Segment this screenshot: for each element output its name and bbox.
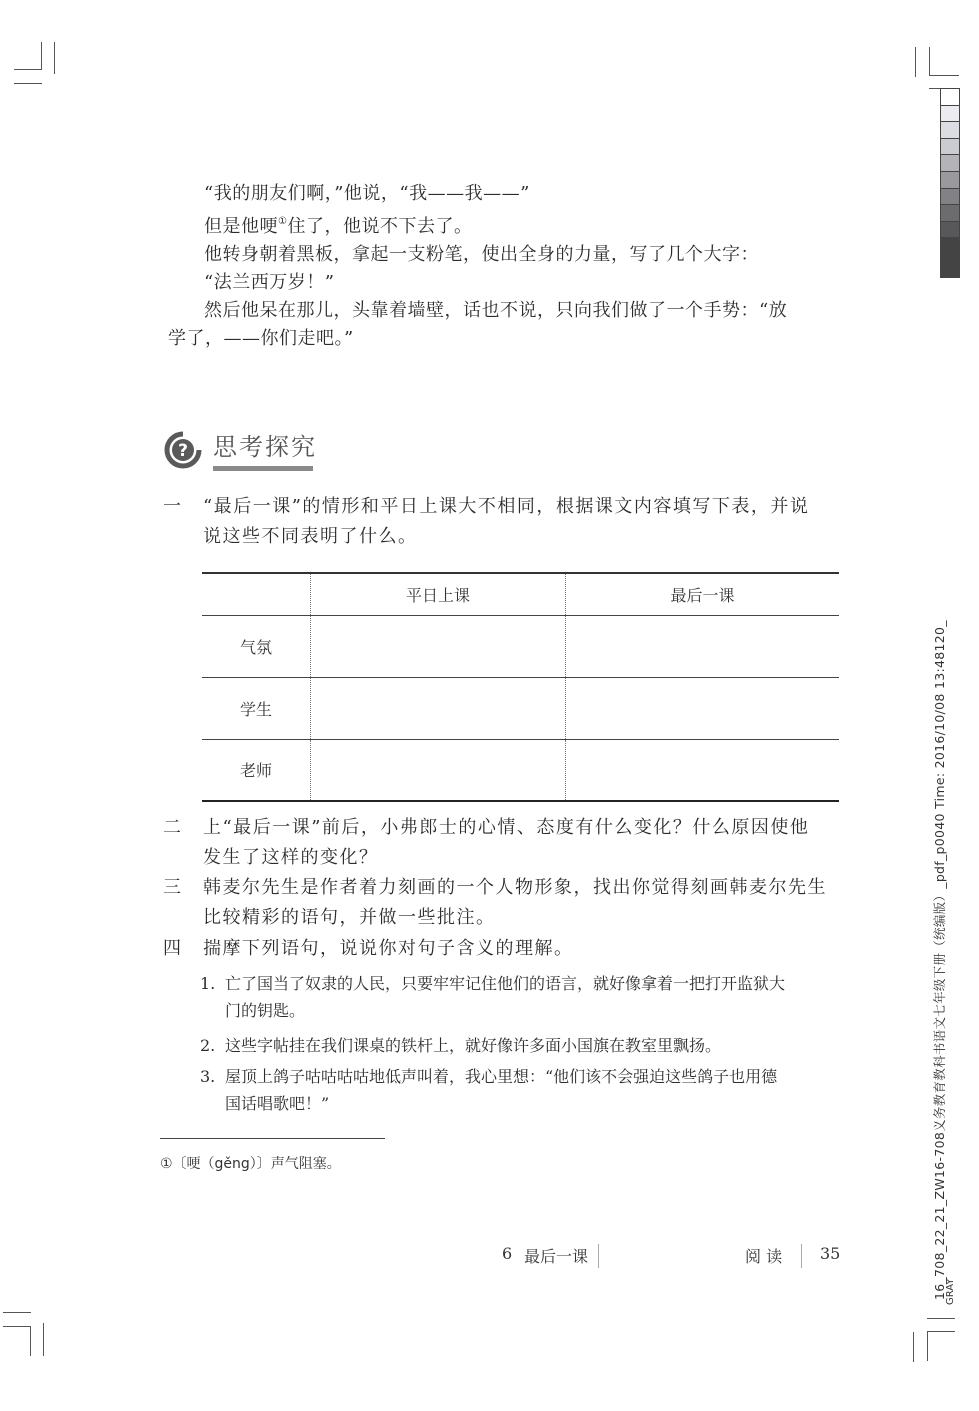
crop-mark	[54, 42, 55, 74]
section-heading: ? 思考探究	[163, 430, 317, 470]
crop-mark	[929, 47, 930, 75]
table-cell[interactable]	[566, 739, 840, 801]
crop-mark	[915, 47, 916, 77]
sub-item-2: 2. 这些字帖挂在我们课桌的铁杆上，就好像许多面小国旗在教室里飘扬。	[200, 1032, 850, 1059]
comparison-table: 平日上课 最后一课 气氛 学生 老师	[202, 572, 839, 802]
crop-mark	[927, 1331, 955, 1332]
question-4: 四 揣摩下列语句，说说你对句子含义的理解。	[163, 934, 853, 964]
question-number: 三	[163, 873, 193, 903]
title-underline	[213, 466, 313, 471]
table-row: 老师	[202, 739, 839, 801]
gray-swatch	[941, 139, 959, 156]
footnote: ①〔哽（gěng）〕声气阻塞。	[160, 1153, 341, 1173]
passage-line: 学了，——你们走吧。”	[168, 325, 848, 353]
gray-swatch	[941, 89, 959, 106]
row-label: 气氛	[202, 615, 311, 677]
footer-divider	[598, 1244, 599, 1268]
crop-mark	[41, 42, 42, 70]
row-label: 老师	[202, 739, 311, 801]
gray-swatch	[941, 106, 959, 123]
question-circle-icon: ?	[163, 430, 203, 470]
section-title: 思考探究	[213, 430, 317, 464]
crop-mark	[927, 1331, 928, 1361]
table-cell[interactable]	[311, 739, 566, 801]
gray-swatch	[941, 155, 959, 172]
sub-item-1: 1. 亡了国当了奴隶的人民，只要牢牢记住他们的语言，就好像拿着一把打开监狱大 门…	[200, 970, 850, 1024]
table-cell[interactable]	[311, 677, 566, 739]
table-header-cell: 平日上课	[311, 573, 566, 615]
crop-mark	[913, 1332, 914, 1362]
table-header-row: 平日上课 最后一课	[202, 573, 839, 615]
crop-mark	[14, 83, 42, 84]
table-row: 气氛	[202, 615, 839, 677]
print-job-label: 16_708_22_21_ZW16-708义务教育教科书语文七年级下册（统编版）…	[930, 620, 948, 1300]
table-cell[interactable]	[311, 615, 566, 677]
crop-mark	[43, 1323, 44, 1356]
question-number: 二	[163, 813, 193, 843]
crop-mark	[14, 69, 42, 70]
page-number: 35	[820, 1244, 840, 1263]
question-1: 一 “最后一课”的情形和平日上课大不相同，根据课文内容填写下表，并说 说这些不同…	[163, 492, 853, 552]
unit-label: 阅 读	[745, 1244, 782, 1267]
gray-swatch	[941, 172, 959, 189]
gray-swatch	[941, 222, 959, 239]
passage-line: “我的朋友们啊，”他说，“我——我——”	[168, 180, 848, 208]
gray-swatch	[941, 122, 959, 139]
sub-item-3: 3. 屋顶上鸽子咕咕咕咕地低声叫着，我心里想：“他们该不会强迫这些鸽子也用德 国…	[200, 1063, 850, 1117]
question-3: 三 韩麦尔先生是作者着力刻画的一个人物形象，找出你觉得刻画韩麦尔先生 比较精彩的…	[163, 873, 853, 933]
lesson-title: 最后一课	[524, 1244, 588, 1267]
footnote-divider	[160, 1138, 385, 1139]
gray-swatch	[941, 189, 959, 206]
passage-line: 他转身朝着黑板，拿起一支粉笔，使出全身的力量，写了几个大字：	[168, 241, 848, 269]
table-header-cell	[202, 573, 311, 615]
crop-mark	[30, 1326, 31, 1356]
gray-swatch	[941, 205, 959, 222]
row-label: 学生	[202, 677, 311, 739]
passage-line: 但是他哽①住了，他说不下去了。	[168, 208, 848, 241]
passage-line: 然后他呆在那儿，头靠着墙壁，话也不说，只向我们做了一个手势：“放	[168, 297, 848, 325]
lesson-number: 6	[502, 1244, 512, 1263]
question-number: 四	[163, 934, 193, 964]
table-header-cell: 最后一课	[566, 573, 840, 615]
crop-mark	[3, 1312, 31, 1313]
table-cell[interactable]	[566, 677, 840, 739]
gray-scale-strip	[940, 88, 960, 278]
gray-swatch	[941, 238, 959, 278]
svg-text:?: ?	[178, 441, 188, 461]
gray-label: GRAY	[945, 1279, 956, 1305]
footer-divider	[801, 1244, 802, 1268]
table-cell[interactable]	[566, 615, 840, 677]
question-2: 二 上“最后一课”前后，小弗郎士的心情、态度有什么变化？什么原因使他 发生了这样…	[163, 813, 853, 873]
passage: “我的朋友们啊，”他说，“我——我——” 但是他哽①住了，他说不下去了。 他转身…	[168, 180, 848, 353]
question-number: 一	[163, 492, 193, 522]
passage-line: “法兰西万岁！”	[168, 269, 848, 297]
table-row: 学生	[202, 677, 839, 739]
crop-mark	[927, 1318, 955, 1319]
crop-mark	[3, 1326, 31, 1327]
crop-mark	[929, 75, 959, 76]
